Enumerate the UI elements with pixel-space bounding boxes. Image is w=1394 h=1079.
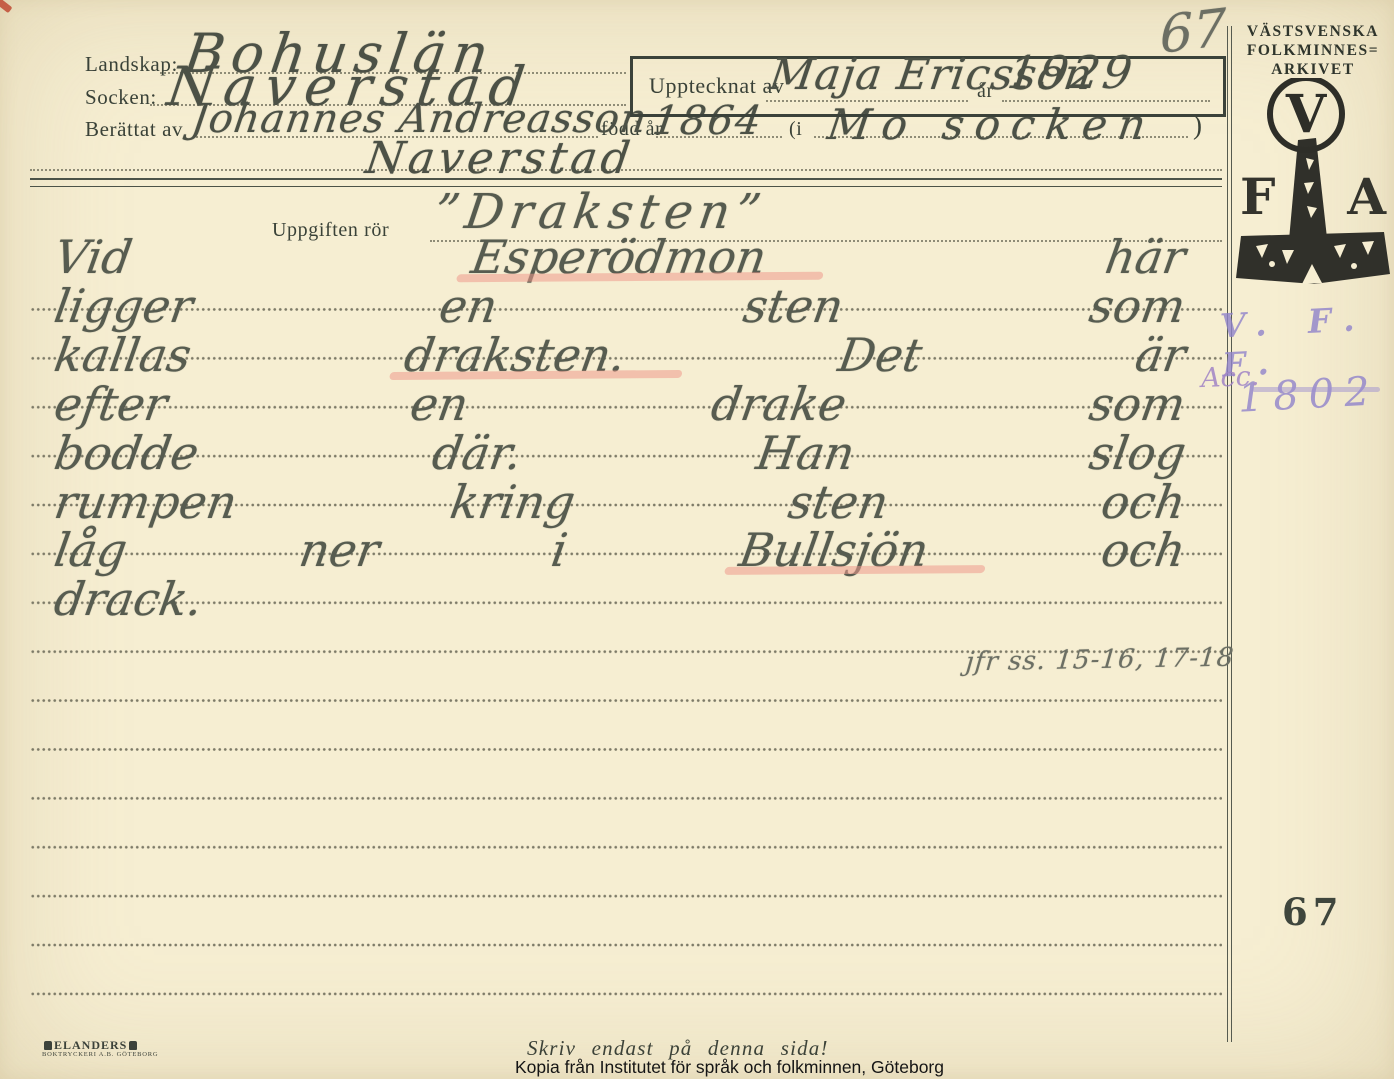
printer-emblem-icon <box>44 1041 52 1050</box>
archive-name: VÄSTSVENSKA FOLKMINNES= ARKIVET <box>1238 22 1388 79</box>
handwritten-word: en <box>435 279 500 333</box>
handwritten-word-underlined: Esperödmon <box>468 230 770 284</box>
accession-stamp: V. F. F. 1802 <box>1219 298 1394 423</box>
handwritten-word: låg <box>51 523 131 577</box>
hammer-ornament <box>1351 263 1357 269</box>
record-box-line-year <box>1002 100 1210 102</box>
handwritten-word: bodde <box>51 426 203 480</box>
handwritten-word: sten <box>740 279 848 333</box>
archive-record-card: Landskap: Socken: Berättat av född år (i… <box>0 0 1394 1079</box>
handwritten-word: Vid <box>51 230 136 284</box>
printer-emblem-icon <box>129 1041 137 1050</box>
handwritten-word: en <box>407 377 472 431</box>
hammer-ornament <box>1269 261 1275 267</box>
body-line: drack. <box>55 572 1185 634</box>
record-box-line-name <box>766 100 968 102</box>
handwritten-word: är <box>1131 328 1189 382</box>
red-corner-mark <box>0 0 12 13</box>
stamp-underline <box>1252 387 1380 392</box>
handwritten-word-underlined: draksten. <box>400 328 629 382</box>
handwritten-word: som <box>1086 377 1189 431</box>
handwritten-word: i <box>548 523 571 577</box>
handwritten-word: sten <box>784 475 892 529</box>
monogram-letter-a: A <box>1346 167 1387 226</box>
handwritten-word: Det <box>835 328 926 382</box>
printer-detail: BOKTRYCKERI A.B. GÖTEBORG <box>42 1050 158 1060</box>
archive-name-line2: FOLKMINNES= <box>1238 41 1388 60</box>
pencil-page-number: 67 <box>1159 0 1227 66</box>
record-box-label: Upptecknat av <box>649 73 784 99</box>
printed-page-number: 67 <box>1282 890 1344 934</box>
handwritten-word: och <box>1098 523 1190 577</box>
handwritten-word: Han <box>753 426 859 480</box>
handwritten-word: och <box>1098 475 1190 529</box>
archive-name-line1: VÄSTSVENSKA <box>1238 22 1388 41</box>
handwritten-word: rumpen <box>51 475 241 529</box>
handwritten-record-year: 1929 <box>1004 46 1138 99</box>
paren-open: (i <box>789 118 802 141</box>
handwritten-word: här <box>1102 230 1190 284</box>
archive-name-line3: ARKIVET <box>1238 60 1388 79</box>
handwritten-informant-parish: Naverstad <box>362 133 636 184</box>
handwritten-word: som <box>1086 279 1189 333</box>
handwritten-word: kring <box>447 475 579 529</box>
monogram-letter-f: F <box>1240 167 1276 226</box>
handwritten-word: drake <box>708 377 851 431</box>
vfa-monogram: V F A <box>1234 78 1392 296</box>
handwritten-word: där. <box>429 426 526 480</box>
handwritten-word: drack. <box>51 572 207 626</box>
printer-mark: ELANDERS BOKTRYCKERI A.B. GÖTEBORG <box>42 1040 158 1060</box>
handwritten-word: efter <box>51 377 172 431</box>
field-label-socken: Socken: <box>85 85 157 110</box>
monogram-letter-v: V <box>1285 84 1328 145</box>
reference-note: jfr ss. 15-16, 17-18 <box>964 643 1235 678</box>
handwritten-word: kallas <box>51 328 195 382</box>
handwritten-word: slog <box>1085 426 1189 480</box>
handwritten-word-underlined: Bullsjön <box>736 523 933 577</box>
handwritten-word: ner <box>296 523 383 577</box>
copy-attribution: Kopia från Institutet för språk och folk… <box>515 1057 944 1078</box>
handwritten-word: ligger <box>51 279 197 333</box>
field-label-berattat-av: Berättat av <box>85 117 183 142</box>
stamp-number: 1802 <box>1237 367 1394 421</box>
margin-divider-rule <box>1227 26 1232 1042</box>
